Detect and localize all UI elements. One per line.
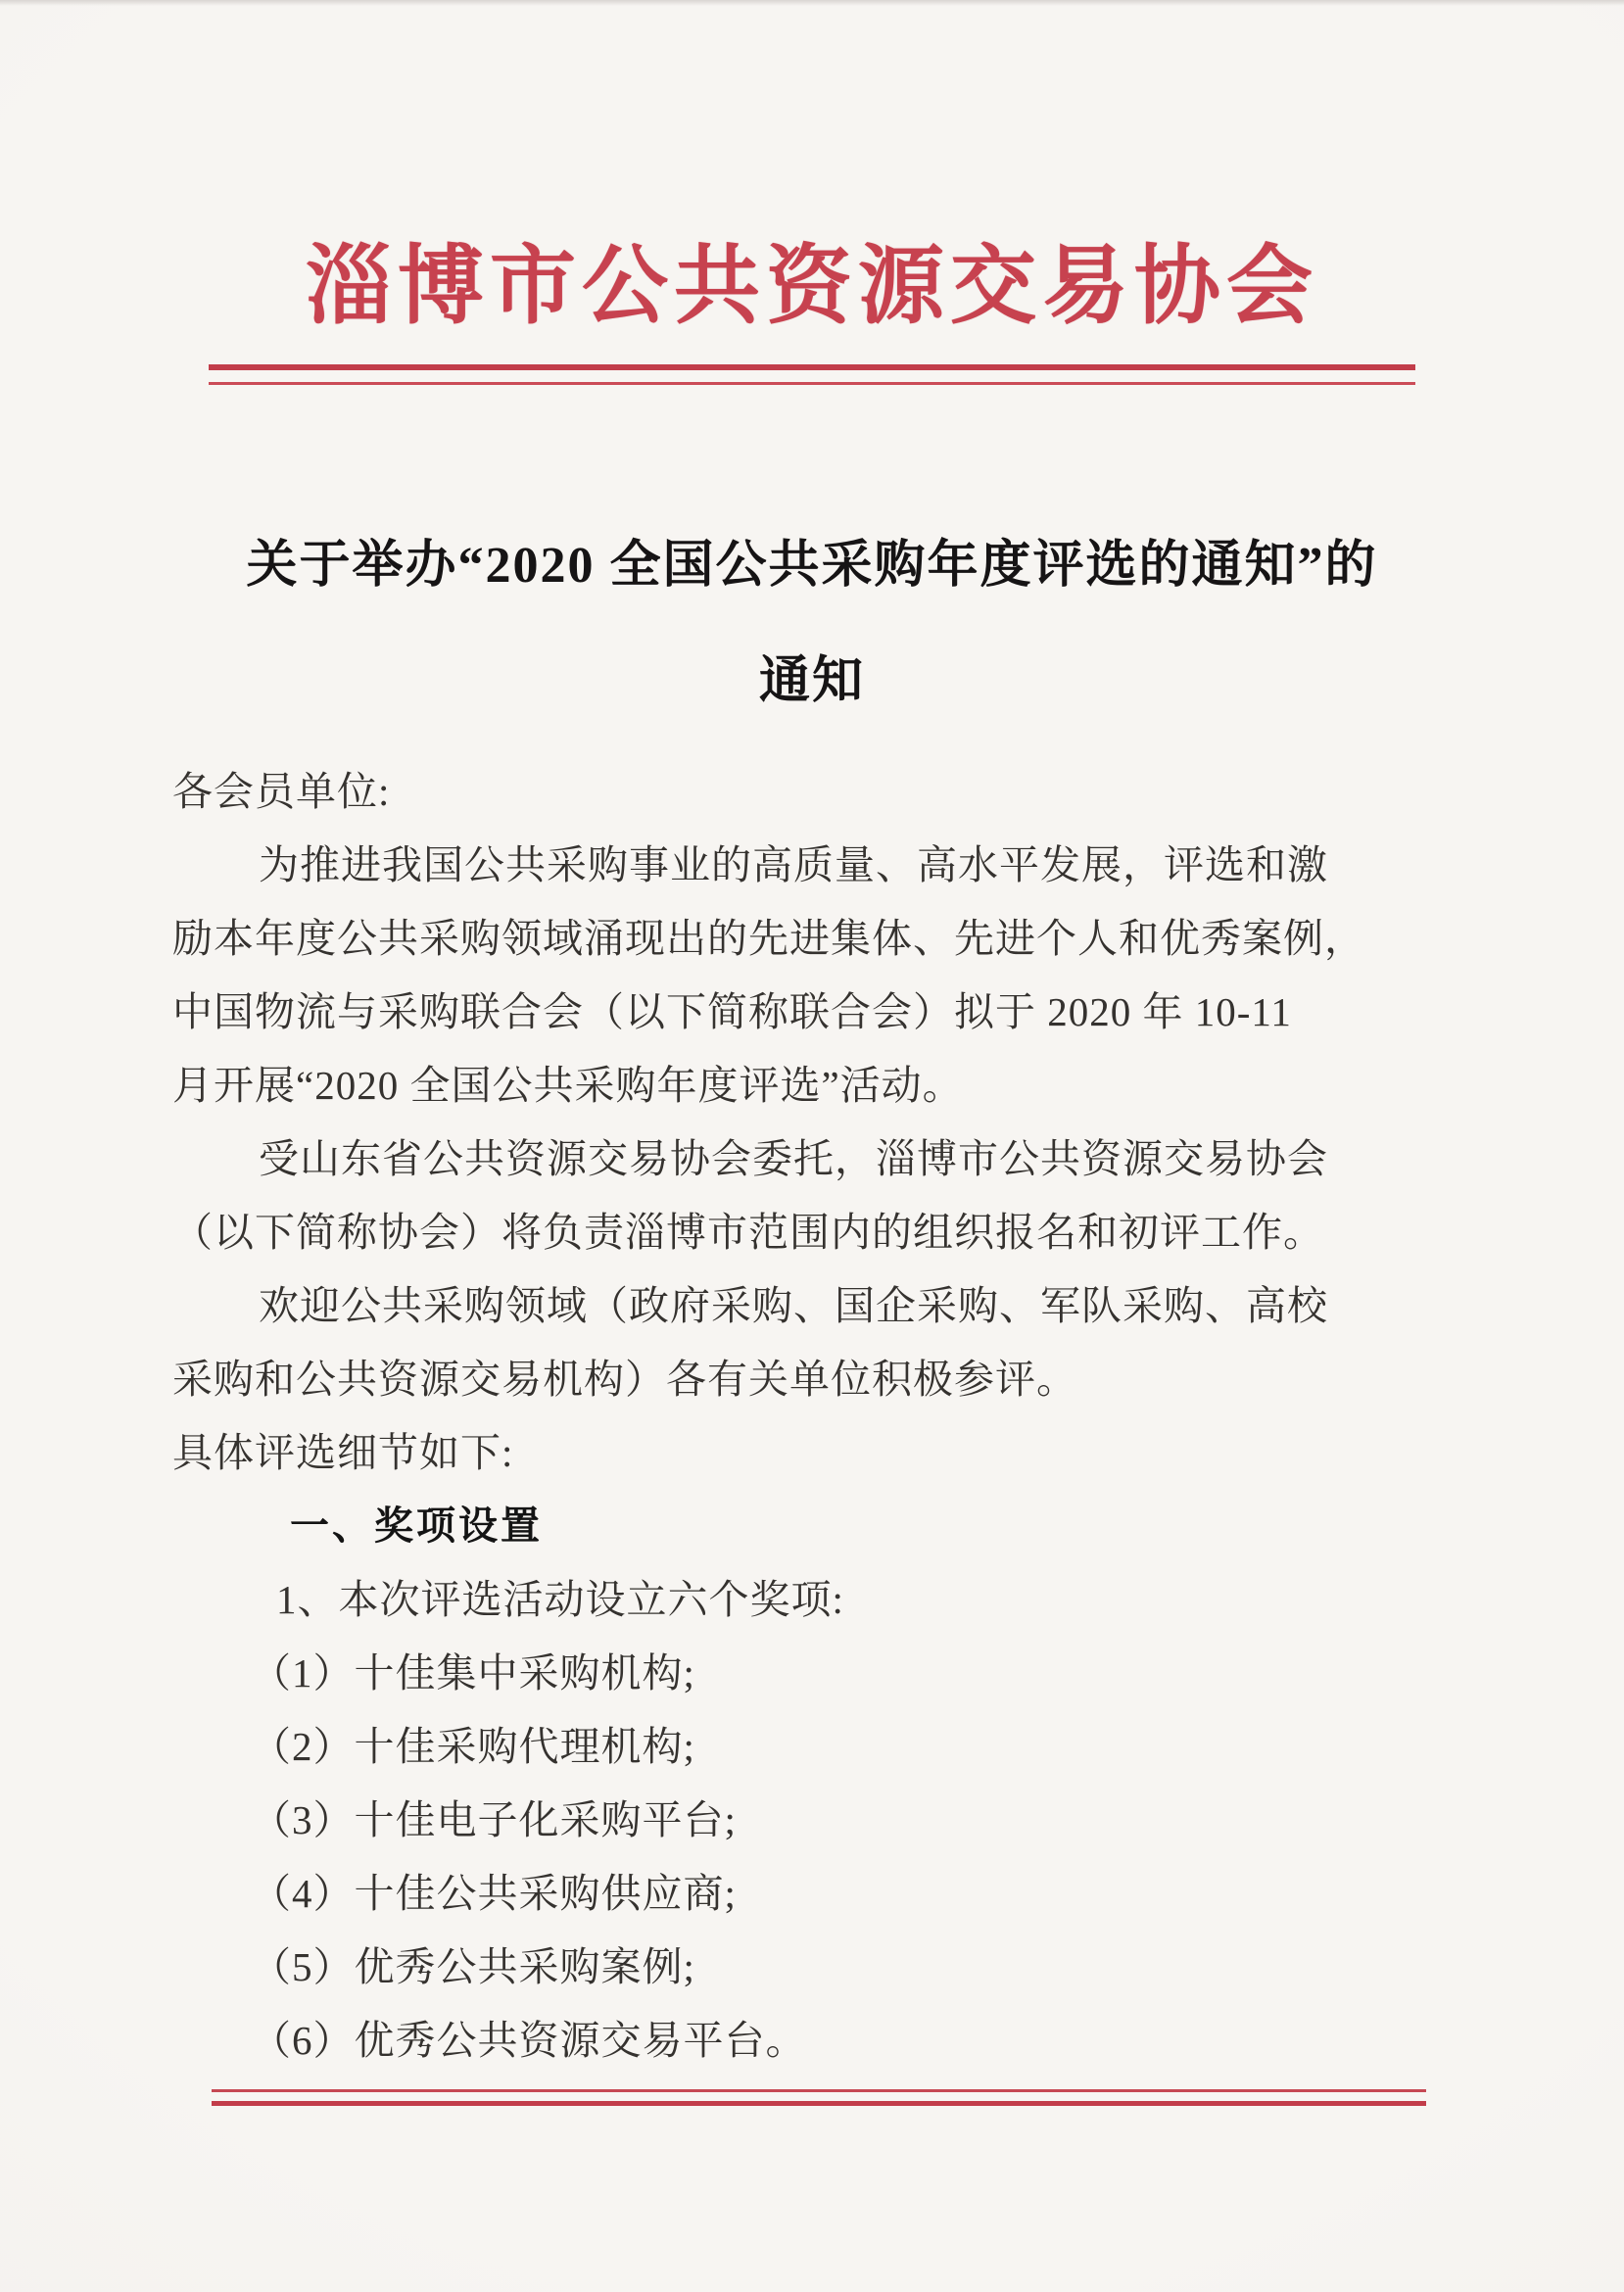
body-line: 中国物流与采购联合会（以下简称联合会）拟于 2020 年 10-11 (172, 976, 1448, 1049)
body-line: 采购和公共资源交易机构）各有关单位积极参评。 (172, 1343, 1448, 1416)
footer-double-rule (212, 2089, 1426, 2106)
body-line: 月开展“2020 全国公共采购年度评选”活动。 (172, 1049, 1448, 1122)
award-list-item: （5）优秀公共采购案例; (172, 1931, 1448, 2004)
document-title-line1: 关于举办“2020 全国公共采购年度评选的通知”的 (0, 508, 1624, 624)
award-list-item: （4）十佳公共采购供应商; (172, 1857, 1448, 1931)
award-list-item: （3）十佳电子化采购平台; (172, 1784, 1448, 1857)
body-line: 1、本次评选活动设立六个奖项: (172, 1563, 1448, 1637)
body-line: 受山东省公共资源交易协会委托，淄博市公共资源交易协会 (172, 1122, 1448, 1196)
footer-rule-thick (212, 2101, 1426, 2106)
salutation: 各会员单位: (172, 755, 1448, 829)
document-body: 各会员单位: 为推进我国公共采购事业的高质量、高水平发展，评选和激 励本年度公共… (172, 755, 1448, 2077)
org-name-title: 淄博市公共资源交易协会 (0, 238, 1624, 338)
body-line: 欢迎公共采购领域（政府采购、国企采购、军队采购、高校 (172, 1269, 1448, 1343)
award-list-item: （2）十佳采购代理机构; (172, 1710, 1448, 1784)
body-line: 为推进我国公共采购事业的高质量、高水平发展，评选和激 (172, 829, 1448, 902)
document-title: 关于举办“2020 全国公共采购年度评选的通知”的 通知 (0, 508, 1624, 740)
award-list-item: （6）优秀公共资源交易平台。 (172, 2004, 1448, 2077)
section-heading-awards: 一、奖项设置 (172, 1490, 1448, 1563)
document-title-line2: 通知 (0, 624, 1624, 740)
body-line: （以下简称协会）将负责淄博市范围内的组织报名和初评工作。 (172, 1196, 1448, 1269)
letterhead: 淄博市公共资源交易协会 (0, 238, 1624, 385)
letterhead-rule-thin (209, 382, 1415, 385)
scanned-notice-page: 淄博市公共资源交易协会 关于举办“2020 全国公共采购年度评选的通知”的 通知… (0, 0, 1624, 2292)
body-line: 励本年度公共采购领域涌现出的先进集体、先进个人和优秀案例， (172, 902, 1448, 976)
award-list-item: （1）十佳集中采购机构; (172, 1637, 1448, 1710)
letterhead-double-rule (209, 364, 1415, 385)
body-line: 具体评选细节如下: (172, 1416, 1448, 1490)
